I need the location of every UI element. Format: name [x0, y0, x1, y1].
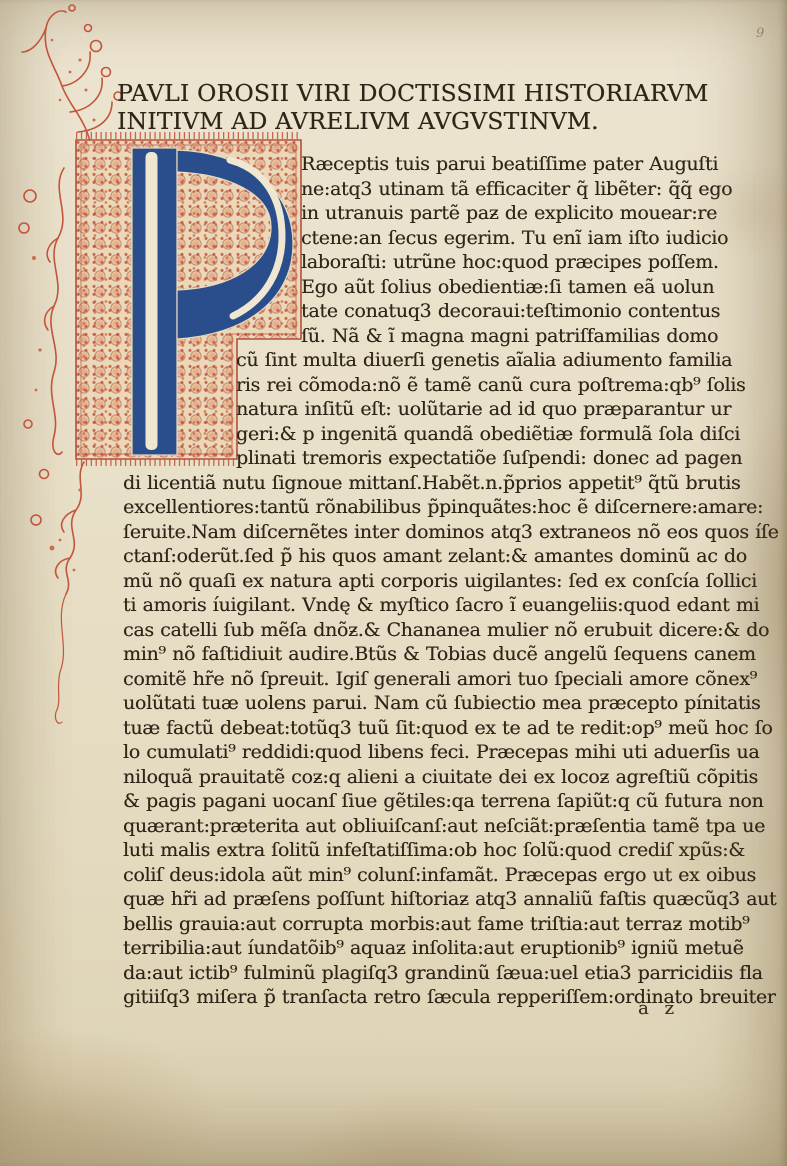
- text-line-23: uolũtati tuæ uolens parui. Nam cũ ſubiec…: [123, 691, 750, 716]
- text-line-16: ſeruite.Nam diſcernẽtes inter dominos at…: [123, 520, 750, 545]
- text-line-27: & pagis pagani uocanſ ſiue gẽtiles:qa te…: [123, 789, 750, 814]
- text-line-18: mũ nõ quaſi ex natura apti corporis uigi…: [123, 569, 750, 594]
- text-line-20: cas catelli ſub mẽſa dnõƶ.& Chananea mul…: [123, 618, 750, 643]
- incunable-page: P PAVLI OROSII VIRI DOCTISSIMI HISTORIAR…: [0, 0, 787, 1166]
- text-line-19: ti amoris íuigilant. Vndę & myſtico ſacr…: [123, 593, 750, 618]
- text-line-34: da:aut ictib⁹ fulminũ plagiſq3 grandinũ …: [123, 961, 750, 986]
- text-line-25: lo cumulati⁹ reddidi:quod libens feci. P…: [123, 740, 750, 765]
- heading: PAVLI OROSII VIRI DOCTISSIMI HISTORIARVM…: [117, 80, 708, 135]
- text-line-22: comitẽ hr̃e nõ ſpreuit. Igiſ generali am…: [123, 667, 750, 692]
- text-line-33: terribilia:aut íundatõib⁹ aquaƶ inſolita…: [123, 936, 750, 961]
- initial-wrap-spacer-upper: [123, 152, 301, 348]
- initial-wrap-spacer-lower: [123, 348, 236, 466]
- folio-mark: 9: [756, 26, 764, 41]
- text-line-32: bellis grauia:aut corrupta morbis:aut fa…: [123, 912, 750, 937]
- text-line-28: quærant:præterita aut obliuiſcanſ:aut ne…: [123, 814, 750, 839]
- text-line-14: di licentiã nutu ſignoue mittanſ.Habẽt.n…: [123, 471, 750, 496]
- text-line-21: min⁹ nõ faſtidiuit audire.Btũs & Tobias …: [123, 642, 750, 667]
- quire-signature: a z: [638, 998, 674, 1019]
- text-line-24: tuæ factũ debeat:totũq3 tuũ ſit:quod ex …: [123, 716, 750, 741]
- heading-line-2: INITIVM AD AVRELIVM AVGVSTINVM.: [117, 108, 708, 136]
- text-line-29: luti malis extra ſolitũ infeſtatiſſima:o…: [123, 838, 750, 863]
- text-line-31: quæ hr̃i ad præſens poſſunt hiſtoriaƶ at…: [123, 887, 750, 912]
- heading-line-1: PAVLI OROSII VIRI DOCTISSIMI HISTORIARVM: [117, 80, 708, 108]
- text-line-17: ctanſ:oderũt.ſed p̃ his quos amant zelan…: [123, 544, 750, 569]
- text-line-15: excellentiores:tantũ rõnabilibus p̃pinqu…: [123, 495, 750, 520]
- text-block: Ræceptis tuis parui beatiſſime pater Aug…: [123, 152, 750, 1010]
- text-line-30: coliſ deus:idola aũt min⁹ colunſ:infamãt…: [123, 863, 750, 888]
- text-line-26: niloquã prauitatẽ coƶ:q alieni a ciuitat…: [123, 765, 750, 790]
